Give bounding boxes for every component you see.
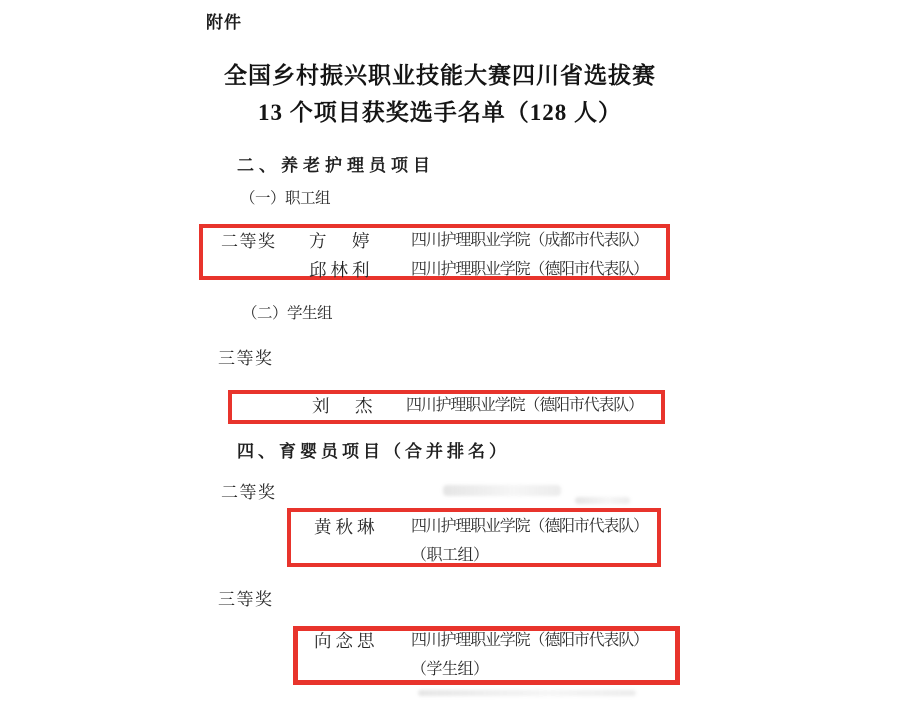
award-label-third-prize: 三等奖: [218, 348, 274, 369]
winner-name: 黄秋琳: [314, 517, 379, 539]
winner-institution: 四川护理职业学院（德阳市代表队）: [411, 631, 648, 651]
award-label-third-prize: 三等奖: [218, 589, 274, 610]
section-heading-elderly-care: 二、养老护理员项目: [237, 155, 435, 176]
group-label-staff: （一）职工组: [240, 189, 330, 208]
winner-name: 邱林利: [309, 260, 374, 282]
attachment-label: 附件: [206, 12, 242, 33]
section-heading-childcare: 四、育婴员项目（合并排名）: [237, 441, 510, 462]
winner-institution: 四川护理职业学院（成都市代表队）: [411, 231, 648, 251]
winner-institution: 四川护理职业学院（德阳市代表队）: [411, 260, 648, 280]
winner-name: 方 婷: [309, 231, 374, 253]
winner-group-note: （学生组）: [411, 660, 489, 680]
scan-bleed-artifact: [443, 485, 561, 496]
document-title-line2: 13 个项目获奖选手名单（128 人）: [170, 99, 710, 128]
award-label-second-prize: 二等奖: [221, 482, 277, 503]
scan-bleed-artifact: [418, 690, 636, 696]
winner-name: 向念思: [314, 631, 379, 653]
winner-institution: 四川护理职业学院（德阳市代表队）: [411, 517, 648, 537]
scan-bleed-artifact: [575, 497, 630, 504]
winner-institution: 四川护理职业学院（德阳市代表队）: [406, 396, 643, 416]
winner-group-note: （职工组）: [411, 546, 489, 566]
scanned-document-page: 附件 全国乡村振兴职业技能大赛四川省选拔赛 13 个项目获奖选手名单（128 人…: [0, 0, 904, 701]
document-title-line1: 全国乡村振兴职业技能大赛四川省选拔赛: [170, 62, 710, 91]
winner-name: 刘 杰: [312, 396, 377, 418]
award-label-second-prize: 二等奖: [221, 231, 277, 252]
group-label-student: （二）学生组: [242, 304, 332, 323]
